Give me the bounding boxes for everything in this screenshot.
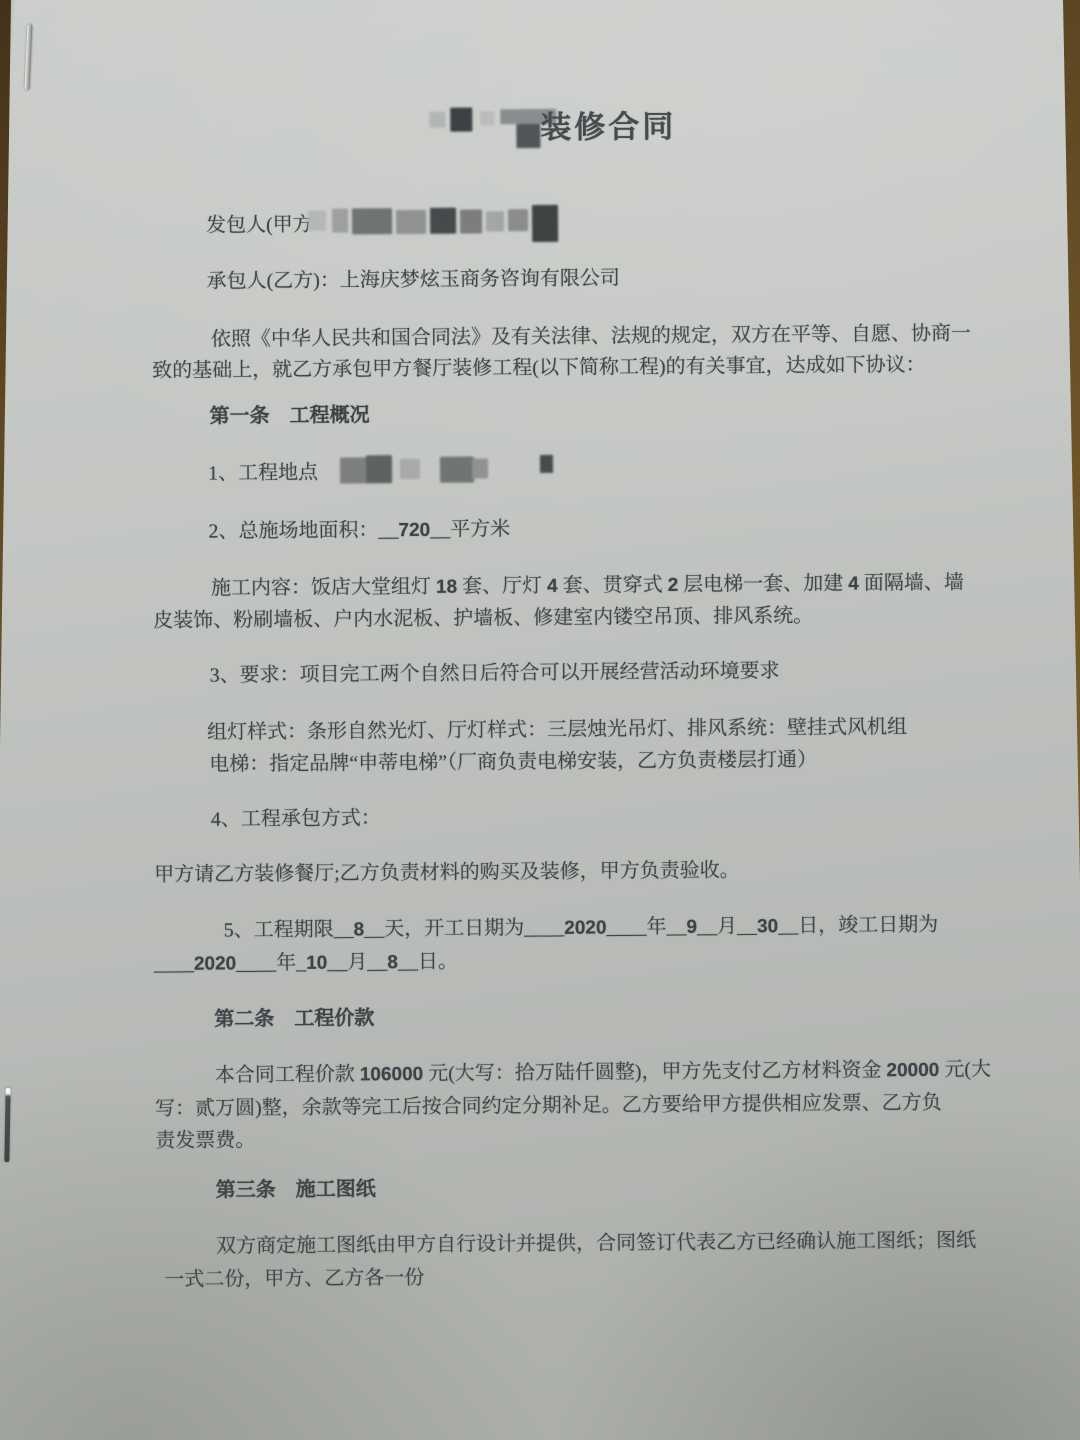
item1-location-label: 1、工程地点: [208, 456, 318, 486]
styles-line-1: 组灯样式：条形自然光灯、厅灯样式：三层烛光吊灯、排风系统：壁挂式风机组: [207, 710, 907, 744]
section3-heading: 第三条 施工图纸: [216, 1172, 376, 1202]
item5-duration-line-2: ____2020____年_10__月__8__日。: [154, 945, 458, 976]
item4-body-line: 甲方请乙方装修餐厅;乙方负责材料的购买及装修，甲方负责验收。: [154, 853, 740, 887]
content-line-2: 皮装饰、粉刷墙板、户内水泥板、护墙板、修建室内镂空吊顶、排风系统。: [153, 599, 813, 633]
item5-duration-line-1: 5、工程期限__8__天，开工日期为____2020____年__9__月__3…: [224, 908, 939, 943]
price-line-1: 本合同工程价款 106000 元(大写：拾万陆仟圆整)，甲方先支付乙方材料资金 …: [215, 1052, 991, 1087]
photo-of-contract: 装修合同 发包人(甲方 承包人(乙方)：上海庆梦炫玉商务咨询有限公司 依照《中华…: [0, 0, 1080, 1440]
section2-heading: 第二条 工程价款: [214, 1001, 374, 1031]
redaction-location: [320, 446, 570, 488]
paper-sheet: 装修合同 发包人(甲方 承包人(乙方)：上海庆梦炫玉商务咨询有限公司 依照《中华…: [0, 0, 1080, 1440]
contract-text: 装修合同 发包人(甲方 承包人(乙方)：上海庆梦炫玉商务咨询有限公司 依照《中华…: [0, 0, 1080, 1440]
section1-heading: 第一条 工程概况: [209, 398, 369, 428]
item3-requirements-line: 3、要求：项目完工两个自然日后符合可以开展经营活动环境要求: [210, 654, 780, 687]
preamble-line-2: 致的基础上，就乙方承包甲方餐厅装修工程(以下简称工程)的有关事宜，达成如下协议：: [152, 348, 926, 383]
item2-area-line: 2、总施场地面积：__720__平方米: [208, 512, 510, 543]
item4-contract-method-label: 4、工程承包方式：: [211, 801, 381, 831]
styles-line-2: 电梯：指定品牌“申蒂电梯”（厂商负责电梯安装，乙方负责楼层打通）: [209, 743, 817, 777]
drawings-line-2: 一式二份，甲方、乙方各一份: [164, 1261, 424, 1292]
price-line-2: 写：贰万圆)整，余款等完工后按合同约定分期补足。乙方要给甲方提供相应发票、乙方负: [155, 1086, 942, 1121]
content-line-1: 施工内容：饭店大堂组灯 18 套、厅灯 4 套、贯穿式 2 层电梯一套、加建 4…: [211, 566, 964, 601]
preamble-line-1: 依照《中华人民共和国合同法》及有关法律、法规的规定，双方在平等、自愿、协商一: [211, 317, 971, 352]
price-line-3: 责发票费。: [155, 1123, 255, 1153]
party-a-label: 发包人(甲方: [206, 208, 313, 238]
party-b-line: 承包人(乙方)：上海庆梦炫玉商务咨询有限公司: [206, 261, 620, 293]
drawings-line-1: 双方商定施工图纸由甲方自行设计并提供，合同签订代表乙方已经确认施工图纸；图纸: [216, 1224, 976, 1259]
contract-title: 装修合同: [540, 101, 676, 147]
redaction-party-a-name: [308, 198, 574, 244]
